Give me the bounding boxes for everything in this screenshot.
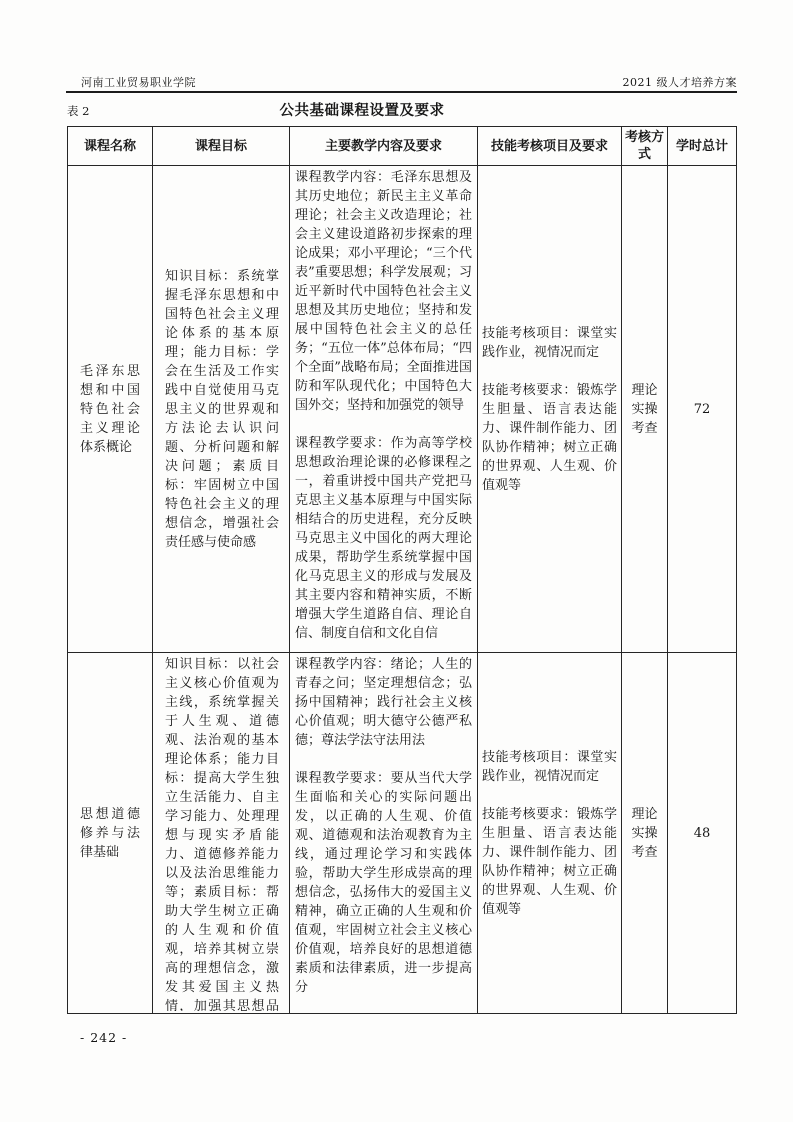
table-header-row: 课程名称 课程目标 主要教学内容及要求 技能考核项目及要求 考核方式 学时总计 bbox=[68, 127, 737, 166]
content-paragraph: 课程教学要求：作为高等学校思想政治理论课的必修课程之一，着重讲授中国共产党把马克… bbox=[295, 434, 472, 643]
course-content-cell: 课程教学内容：绪论；人生的青春之问；坚定理想信念；弘扬中国精神；践行社会主义核心… bbox=[290, 653, 478, 1014]
col-header-assessment-method: 考核方式 bbox=[622, 127, 668, 166]
assessment-method-line: 理论 bbox=[626, 805, 663, 824]
table-title: 公共基础课程设置及要求 bbox=[280, 99, 445, 120]
skills-paragraph: 技能考核项目：课堂实践作业，视情况而定 bbox=[482, 748, 617, 786]
assessment-method-cell: 理论 实操 考查 bbox=[622, 166, 668, 653]
skills-paragraph: 技能考核项目：课堂实践作业，视情况而定 bbox=[482, 324, 617, 362]
paragraph-gap bbox=[295, 750, 472, 769]
assessment-method-line: 实操 bbox=[626, 824, 663, 843]
col-header-total-hours: 学时总计 bbox=[668, 127, 737, 166]
assessment-method-line: 考查 bbox=[626, 419, 663, 438]
header-rule bbox=[66, 91, 737, 93]
header-school-name: 河南工业贸易职业学院 bbox=[81, 74, 196, 90]
course-objectives-cell: 知识目标：以社会主义核心价值观为主线，系统掌握关于人生观、道德观、法治观的基本理… bbox=[153, 653, 290, 1014]
content-clipped-text: 课程教学内容：绪论；人生的青春之问；坚定理想信念；弘扬中国精神；践行社会主义核心… bbox=[295, 655, 472, 997]
paragraph-gap bbox=[295, 415, 472, 434]
skills-paragraph: 技能考核要求：锻炼学生胆量、语言表达能力、课件制作能力、团队协作精神；树立正确的… bbox=[482, 381, 617, 495]
skill-assessment-cell: 技能考核项目：课堂实践作业，视情况而定 技能考核要求：锻炼学生胆量、语言表达能力… bbox=[478, 653, 622, 1014]
table-row-mao-theory: 毛泽东思想和中国特色社会主义理论体系概论 知识目标：系统掌握毛泽东思想和中国特色… bbox=[68, 166, 737, 653]
table-row-morality-law: 思想道德修养与法律基础 知识目标：以社会主义核心价值观为主线，系统掌握关于人生观… bbox=[68, 653, 737, 1014]
course-content-cell: 课程教学内容：毛泽东思想及其历史地位；新民主主义革命理论；社会主义改造理论；社会… bbox=[290, 166, 478, 653]
skills-paragraph: 技能考核要求：锻炼学生胆量、语言表达能力、课件制作能力、团队协作精神；树立正确的… bbox=[482, 805, 617, 919]
paragraph-gap bbox=[482, 786, 617, 805]
assessment-method-line: 考查 bbox=[626, 843, 663, 862]
content-paragraph: 课程教学要求：要从当代大学生面临和关心的实际问题出发，以正确的人生观、价值观、道… bbox=[295, 769, 472, 997]
assessment-method-line: 理论 bbox=[626, 381, 663, 400]
table-label: 表 2 bbox=[67, 103, 89, 119]
course-name-cell: 毛泽东思想和中国特色社会主义理论体系概论 bbox=[68, 166, 153, 653]
col-header-course-name: 课程名称 bbox=[68, 127, 153, 166]
col-header-content: 主要教学内容及要求 bbox=[290, 127, 478, 166]
col-header-skill-assessment: 技能考核项目及要求 bbox=[478, 127, 622, 166]
course-objectives-cell: 知识目标：系统掌握毛泽东思想和中国特色社会主义理论体系的基本原理；能力目标：学会… bbox=[153, 166, 290, 653]
header-program-label: 2021 级人才培养方案 bbox=[623, 74, 738, 90]
content-paragraph: 课程教学内容：毛泽东思想及其历史地位；新民主主义革命理论；社会主义改造理论；社会… bbox=[295, 168, 472, 415]
objectives-clipped-text: 知识目标：以社会主义核心价值观为主线，系统掌握关于人生观、道德观、法治观的基本理… bbox=[165, 655, 279, 1011]
content-paragraph: 课程教学内容：绪论；人生的青春之问；坚定理想信念；弘扬中国精神；践行社会主义核心… bbox=[295, 655, 472, 750]
assessment-method-cell: 理论 实操 考查 bbox=[622, 653, 668, 1014]
course-requirements-table: 课程名称 课程目标 主要教学内容及要求 技能考核项目及要求 考核方式 学时总计 … bbox=[67, 126, 737, 1014]
course-name-cell: 思想道德修养与法律基础 bbox=[68, 653, 153, 1014]
total-hours-cell: 48 bbox=[668, 653, 737, 1014]
page-number: - 242 - bbox=[80, 1030, 127, 1045]
col-header-objectives: 课程目标 bbox=[153, 127, 290, 166]
total-hours-cell: 72 bbox=[668, 166, 737, 653]
document-page: 河南工业贸易职业学院 2021 级人才培养方案 表 2 公共基础课程设置及要求 … bbox=[0, 0, 793, 1122]
paragraph-gap bbox=[482, 362, 617, 381]
skill-assessment-cell: 技能考核项目：课堂实践作业，视情况而定 技能考核要求：锻炼学生胆量、语言表达能力… bbox=[478, 166, 622, 653]
assessment-method-line: 实操 bbox=[626, 400, 663, 419]
